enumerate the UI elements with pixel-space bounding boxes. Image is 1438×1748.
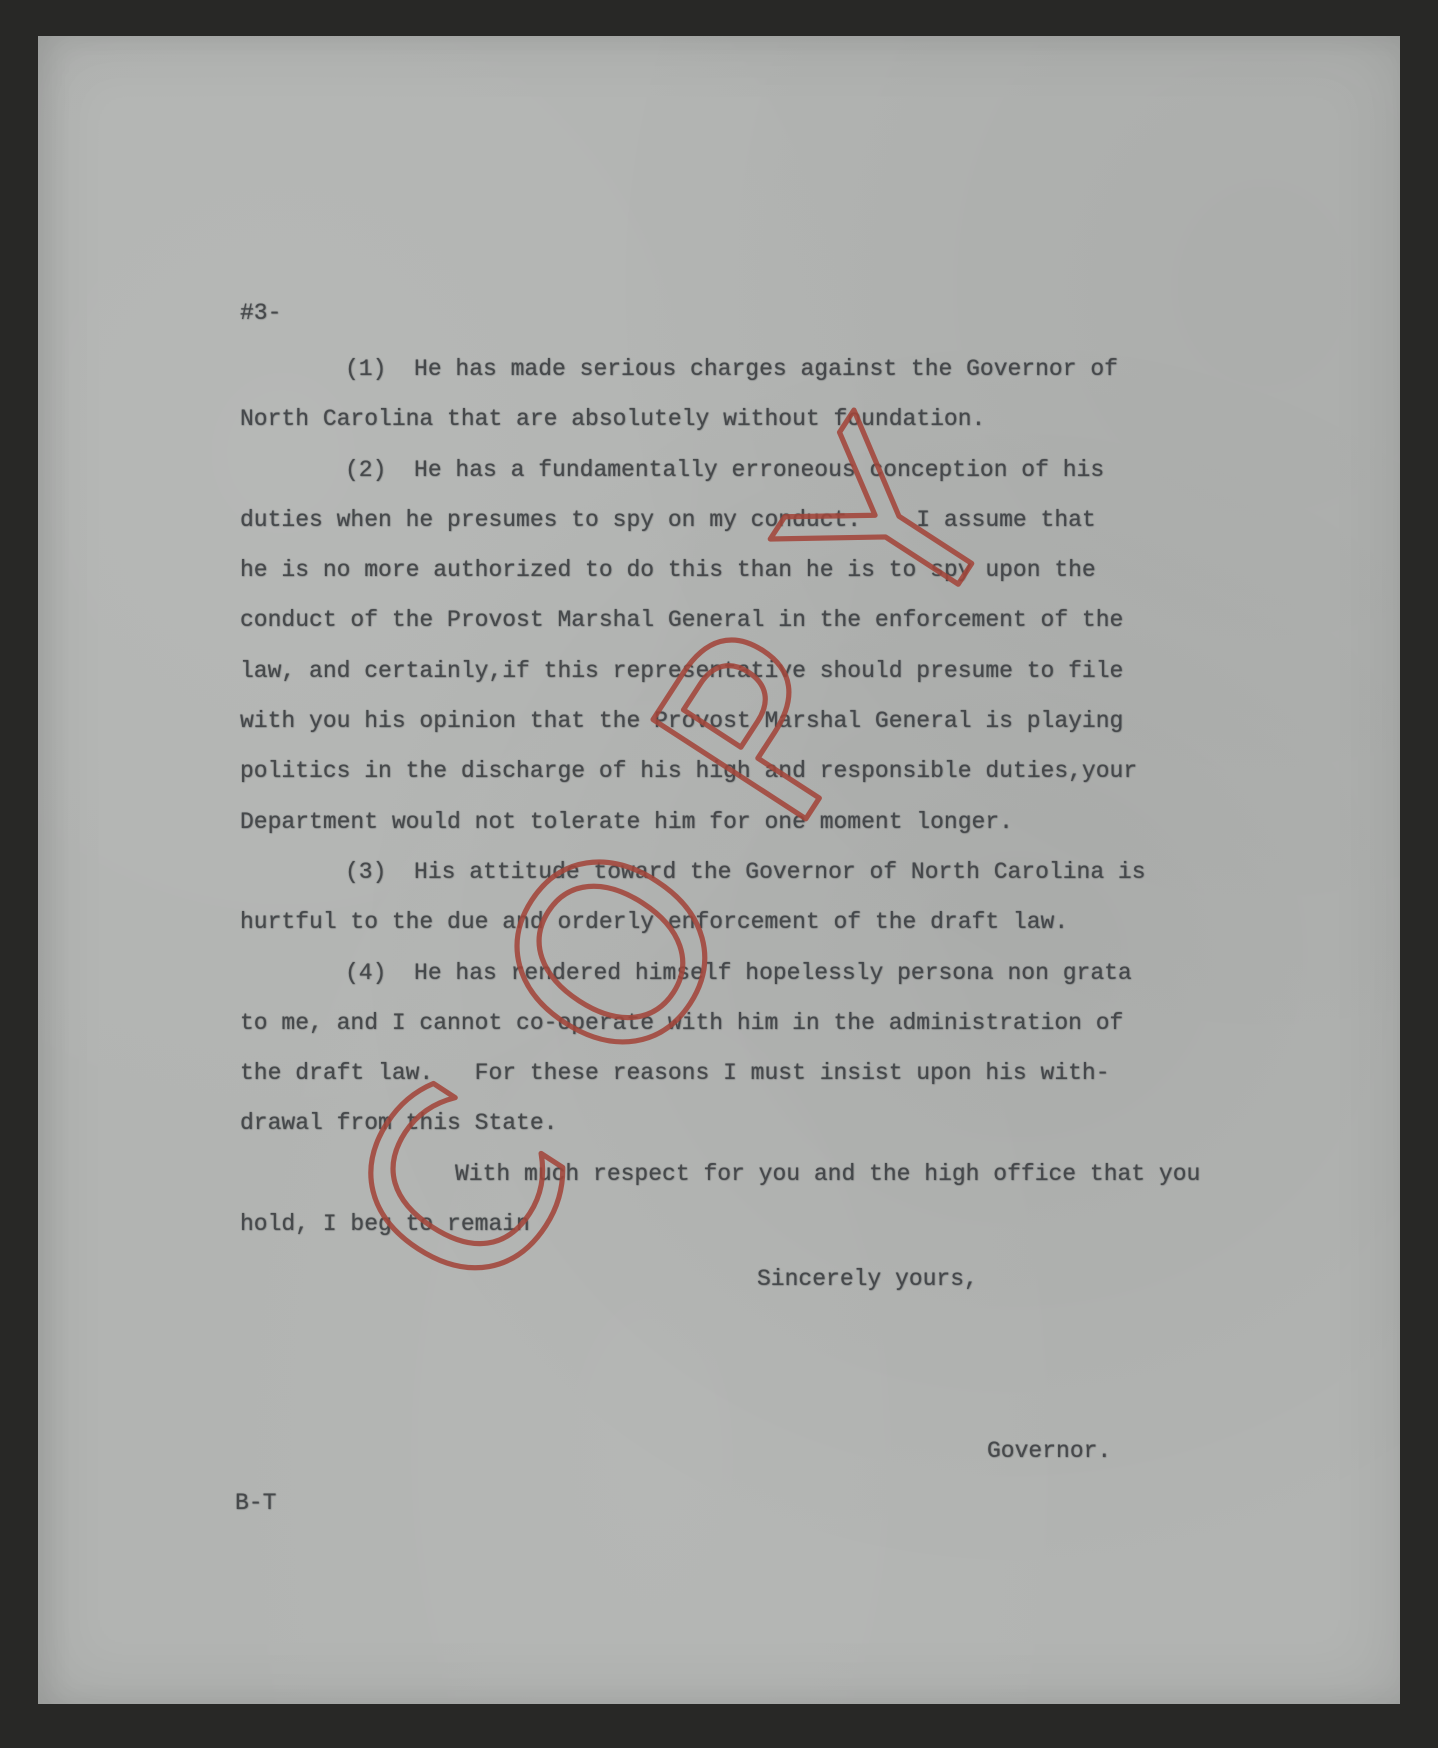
typed-line: (2) He has a fundamentally erroneous con… — [240, 455, 1250, 505]
letter-body: (1) He has made serious charges against … — [240, 354, 1250, 1259]
typed-line: duties when he presumes to spy on my con… — [240, 505, 1250, 555]
typed-line: law, and certainly,if this representativ… — [240, 656, 1250, 706]
typed-line: (1) He has made serious charges against … — [240, 354, 1250, 404]
typed-line: conduct of the Provost Marshal General i… — [240, 605, 1250, 655]
typed-line: politics in the discharge of his high an… — [240, 756, 1250, 806]
typed-line: he is no more authorized to do this than… — [240, 555, 1250, 605]
typed-line: (3) His attitude toward the Governor of … — [240, 857, 1250, 907]
scan-background: #3- (1) He has made serious charges agai… — [0, 0, 1438, 1748]
typed-line: (4) He has rendered himself hopelessly p… — [240, 958, 1250, 1008]
letter-page: #3- (1) He has made serious charges agai… — [38, 36, 1400, 1704]
typed-line: hold, I beg to remain — [240, 1209, 1250, 1259]
page-number: #3- — [240, 298, 281, 328]
typist-initials: B-T — [235, 1488, 276, 1518]
typed-line: With much respect for you and the high o… — [240, 1159, 1250, 1209]
typed-line: North Carolina that are absolutely witho… — [240, 404, 1250, 454]
typed-line: drawal from this State. — [240, 1108, 1250, 1158]
typed-line: to me, and I cannot co-operate with him … — [240, 1008, 1250, 1058]
typed-line: hurtful to the due and orderly enforceme… — [240, 907, 1250, 957]
typed-line: the draft law. For these reasons I must … — [240, 1058, 1250, 1108]
typed-line: Department would not tolerate him for on… — [240, 807, 1250, 857]
signature-title: Governor. — [987, 1436, 1111, 1466]
closing-salutation: Sincerely yours, — [757, 1264, 978, 1294]
typed-line: with you his opinion that the Provost Ma… — [240, 706, 1250, 756]
